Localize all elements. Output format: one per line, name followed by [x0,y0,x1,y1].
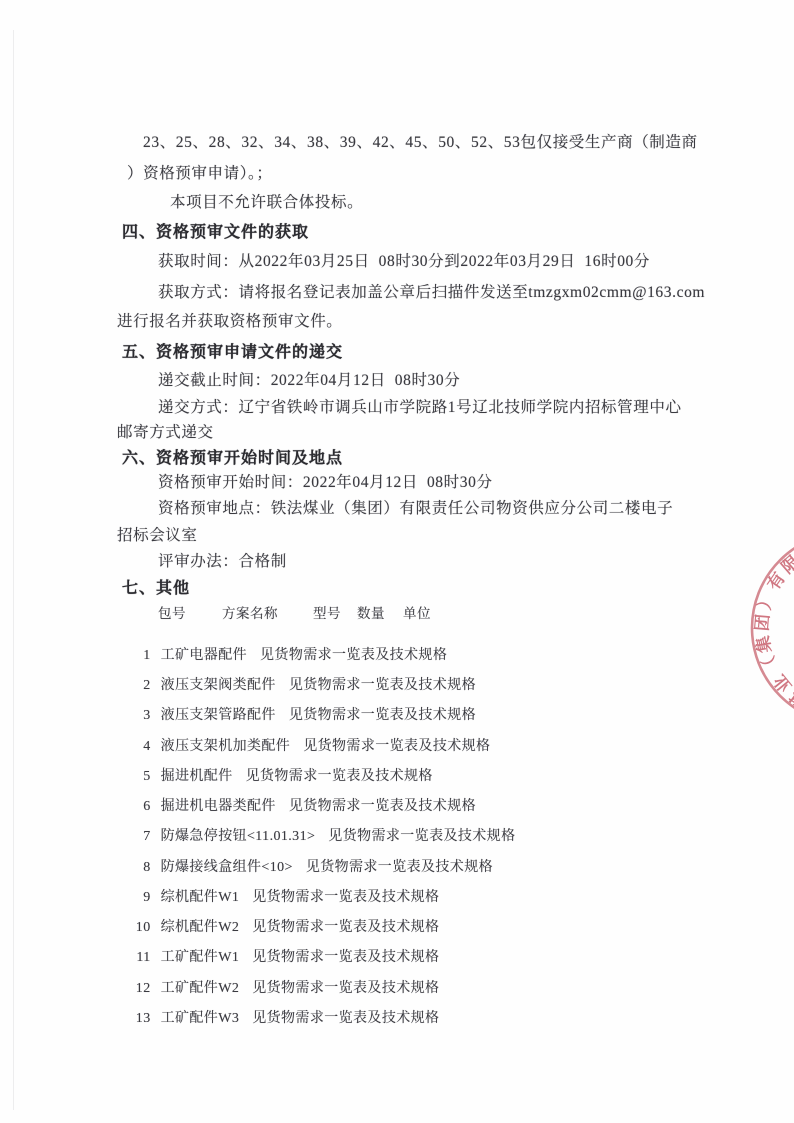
section-6-heading: 六、资格预审开始时间及地点 [122,445,343,468]
document-page: 23、25、28、32、34、38、39、42、45、50、52、53包仅接受生… [0,0,794,1123]
section-4-line-2: 获取方式：请将报名登记表加盖公章后扫描件发送至tmzgxm02cmm@163.c… [158,280,705,302]
column-header-model: 型号 [313,602,341,622]
section-4-line-1: 获取时间：从2022年03月25日 08时30分到2022年03月29日 16时… [158,249,650,271]
company-seal-stamp: 煤业（集团）有限 [741,535,794,720]
seal-graphic: 煤业（集团）有限 [741,535,794,720]
column-header-quantity: 数量 [357,602,385,622]
row-description: 见货物需求一览表及技术规格 [252,1011,439,1026]
row-name: 工矿配件W3 [161,1011,240,1026]
section-7-heading: 七、其他 [122,575,190,598]
package-table-header: 包号 方案名称 型号 数量 单位 [0,602,794,622]
intro-line-2: ）资格预审申请）。； [127,161,273,183]
section-6-line-4: 评审办法：合格制 [158,549,287,571]
section-5-line-3: 邮寄方式递交 [117,420,214,442]
intro-line-1: 23、25、28、32、34、38、39、42、45、50、52、53包仅接受生… [143,130,698,152]
table-row: 13工矿配件W3见货物需求一览表及技术规格 [110,991,439,1043]
column-header-plan-name: 方案名称 [222,602,278,622]
intro-line-3: 本项目不允许联合体投标。 [170,190,363,212]
scan-artifact-line [13,30,14,1110]
section-6-line-3: 招标会议室 [117,523,198,545]
section-5-line-1: 递交截止时间：2022年04月12日 08时30分 [158,368,460,390]
section-5-line-2: 递交方式：辽宁省铁岭市调兵山市学院路1号辽北技师学院内招标管理中心 [158,395,682,417]
column-header-package-no: 包号 [158,602,186,622]
section-6-line-1: 资格预审开始时间：2022年04月12日 08时30分 [158,470,493,492]
section-4-line-3: 进行报名并获取资格预审文件。 [117,309,342,331]
row-number: 13 [126,1011,151,1027]
section-6-line-2: 资格预审地点：铁法煤业（集团）有限责任公司物资供应分公司二楼电子 [158,496,673,518]
column-header-unit: 单位 [403,602,431,622]
section-5-heading: 五、资格预审申请文件的递交 [122,339,343,362]
section-4-heading: 四、资格预审文件的获取 [122,219,309,242]
